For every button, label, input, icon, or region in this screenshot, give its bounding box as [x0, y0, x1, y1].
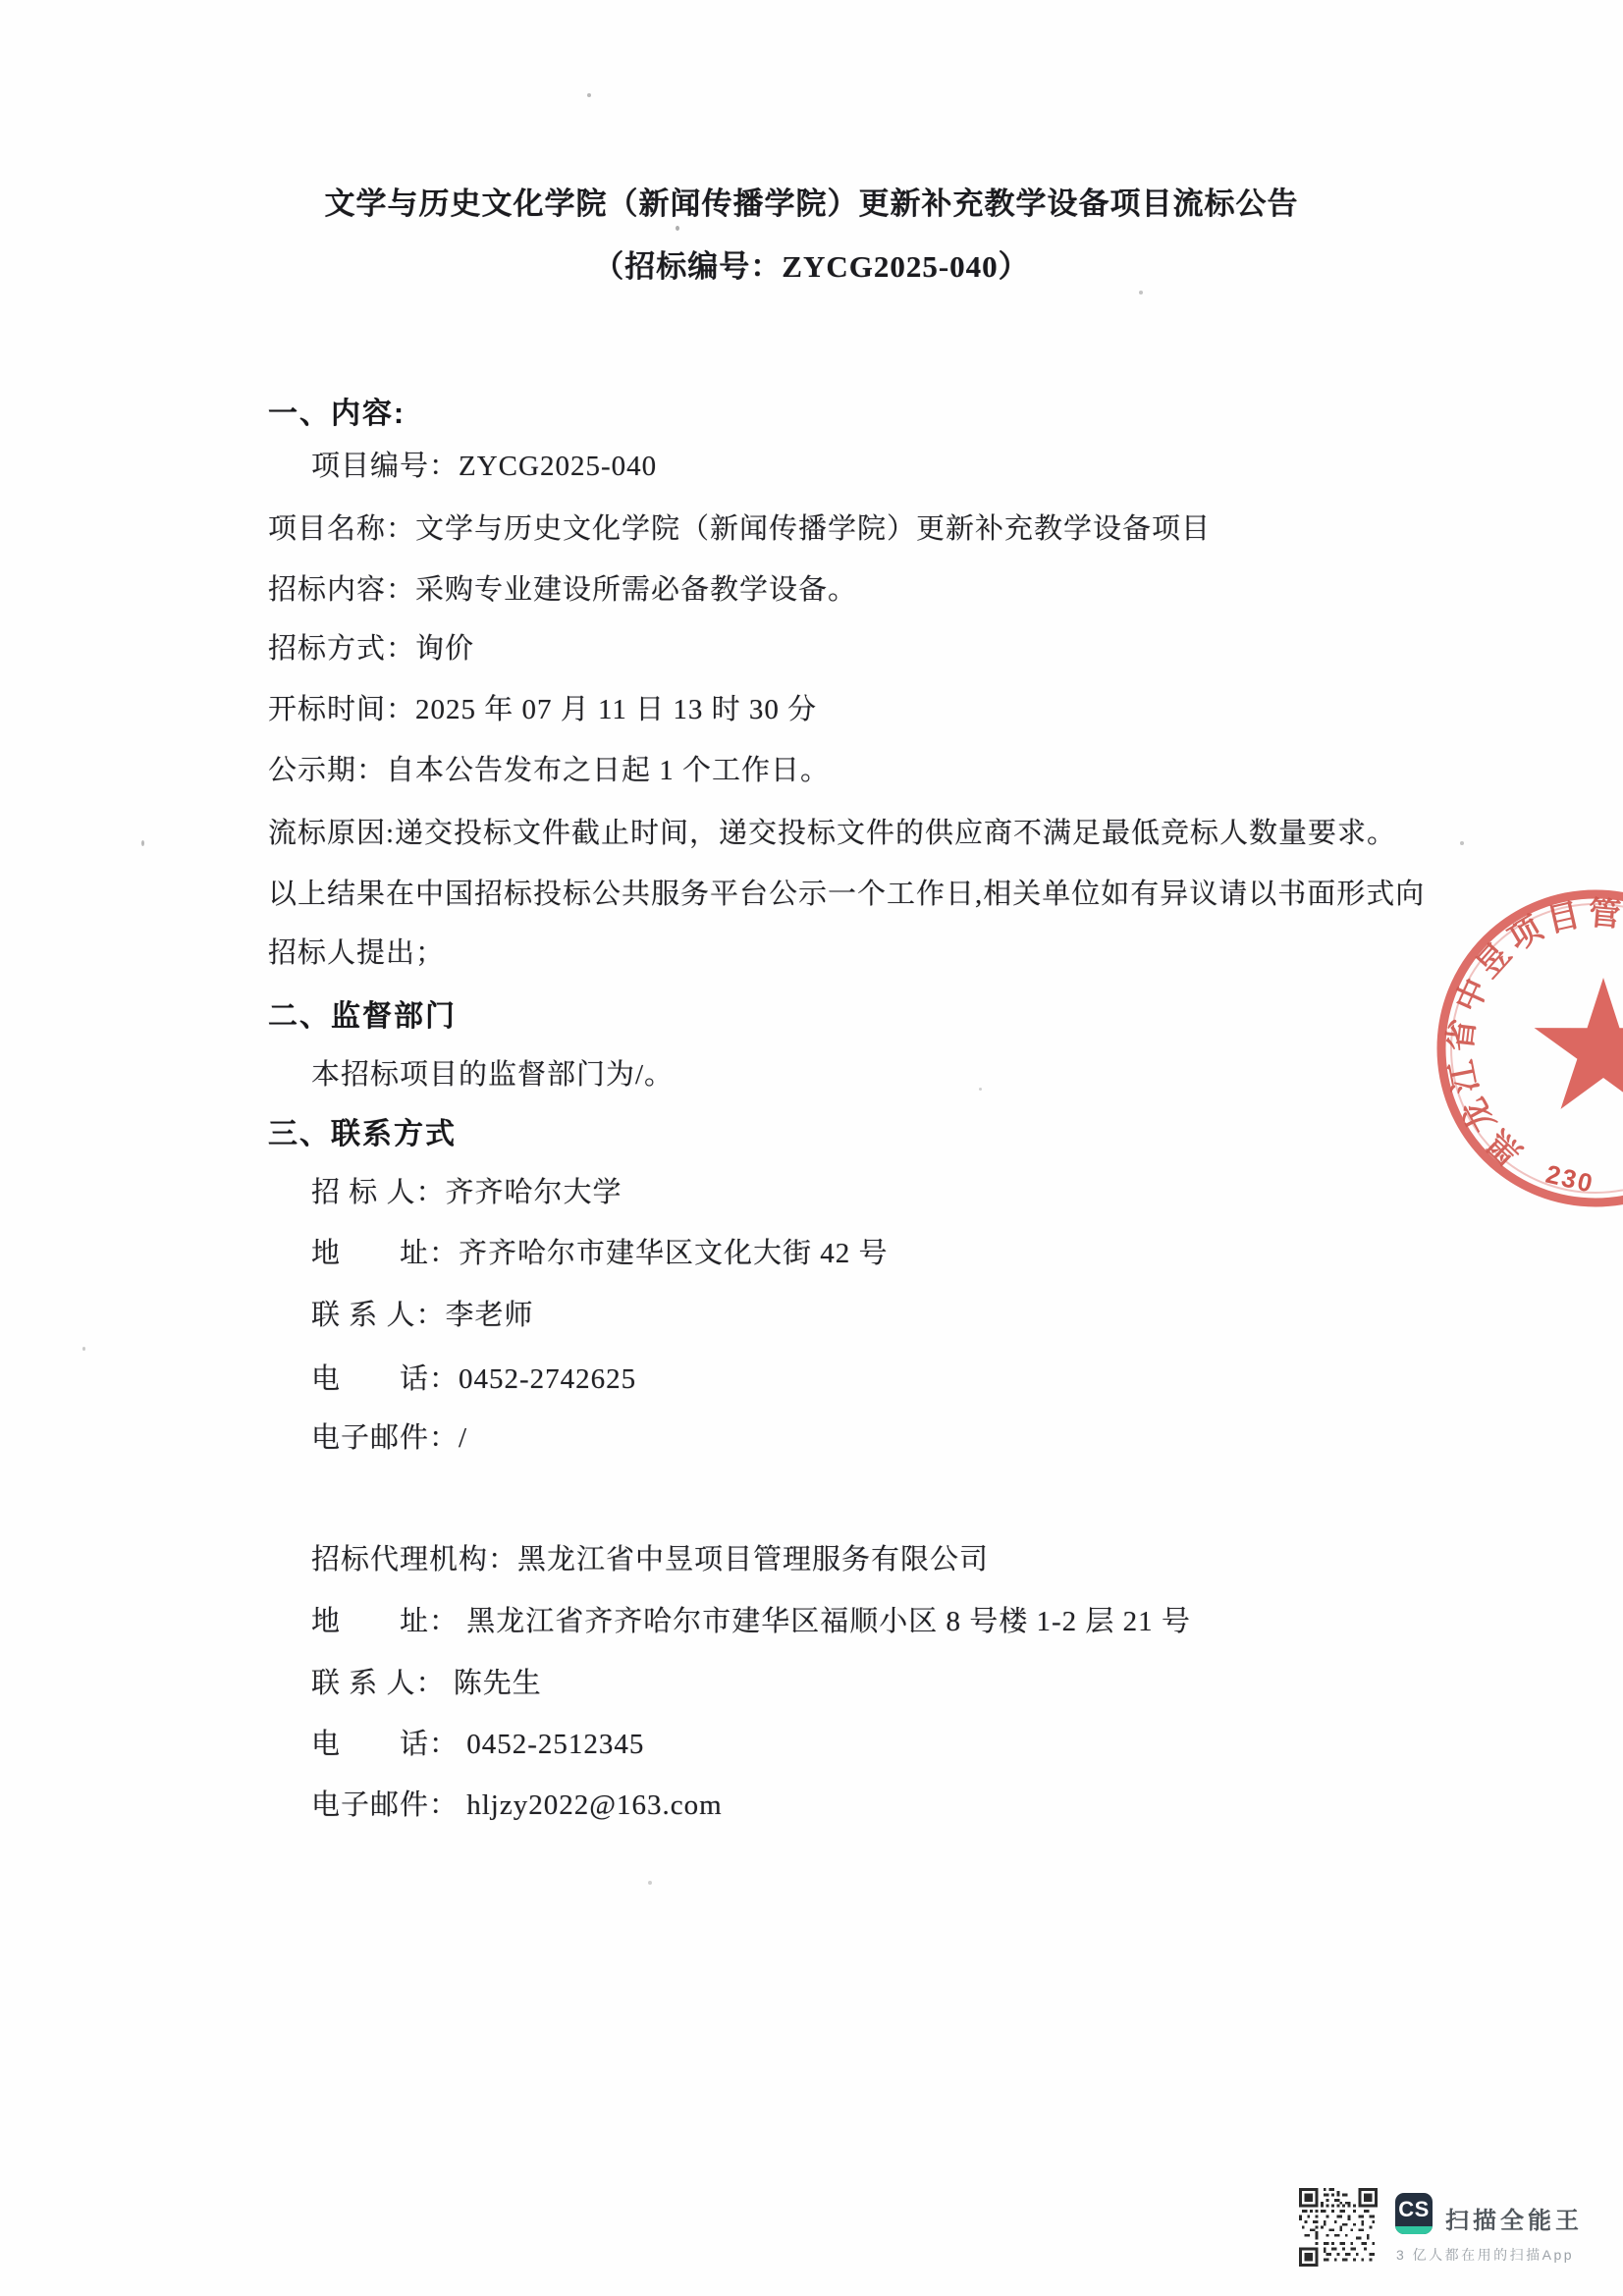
tenderer-contact-line: 联 系 人：李老师 — [311, 1293, 534, 1333]
document-title: 文学与历史文化学院（新闻传播学院）更新补充教学设备项目流标公告 — [0, 179, 1623, 223]
project-name-line: 项目名称：文学与历史文化学院（新闻传播学院）更新补充教学设备项目 — [268, 507, 1211, 547]
camscanner-logo: CS — [1395, 2193, 1433, 2234]
tenderer-address-line: 地 址：齐齐哈尔市建华区文化大街 42 号 — [311, 1231, 889, 1271]
tender-method-line: 招标方式：询价 — [268, 626, 474, 667]
scan-speck — [676, 226, 679, 231]
section2-heading: 二、监督部门 — [268, 991, 457, 1035]
scan-speck — [979, 1088, 982, 1091]
camscanner-logo-band — [1395, 2226, 1433, 2234]
tenderer-email-line: 电子邮件：/ — [311, 1415, 467, 1456]
bid-opening-time-line: 开标时间：2025 年 07 月 11 日 13 时 30 分 — [268, 687, 817, 727]
document-subtitle-tender-number: （招标编号：ZYCG2025-040） — [0, 241, 1623, 286]
section1-heading: 一、内容: — [268, 389, 406, 432]
result-note-line2: 招标人提出； — [268, 931, 445, 971]
scan-speck — [587, 93, 591, 97]
supervision-department-line: 本招标项目的监督部门为/。 — [311, 1052, 674, 1093]
agency-address-line: 地 址： 黑龙江省齐齐哈尔市建华区福顺小区 8 号楼 1-2 层 21 号 — [311, 1599, 1191, 1639]
red-company-seal: 黑龙江省中昱项目管理服务有限公司 230 — [1429, 881, 1623, 1215]
scanned-document-page: 文学与历史文化学院（新闻传播学院）更新补充教学设备项目流标公告 （招标编号：ZY… — [0, 0, 1623, 2296]
camscanner-app-name: 扫描全能王 — [1445, 2201, 1583, 2235]
tender-content-line: 招标内容：采购专业建设所需必备教学设备。 — [268, 567, 857, 608]
scan-speck — [1139, 291, 1143, 294]
agency-name-line: 招标代理机构：黑龙江省中昱项目管理服务有限公司 — [311, 1537, 989, 1577]
camscanner-tagline: 3 亿人都在用的扫描App — [1396, 2245, 1574, 2265]
scan-speck — [1460, 841, 1464, 845]
agency-contact-line: 联 系 人： 陈先生 — [311, 1661, 542, 1701]
publicity-period-line: 公示期：自本公告发布之日起 1 个工作日。 — [268, 748, 830, 788]
agency-email-line: 电子邮件： hljzy2022@163.com — [311, 1783, 723, 1823]
failed-bid-reason-line: 流标原因:递交投标文件截止时间，递交投标文件的供应商不满足最低竞标人数量要求。 — [268, 811, 1396, 851]
seal-star-icon — [1535, 978, 1623, 1109]
scan-speck — [648, 1881, 652, 1885]
agency-phone-line: 电 话： 0452-2512345 — [311, 1722, 644, 1762]
tenderer-name-line: 招 标 人：齐齐哈尔大学 — [311, 1170, 622, 1210]
section3-heading: 三、联系方式 — [268, 1109, 457, 1152]
camscanner-logo-text: CS — [1395, 2193, 1433, 2225]
scan-speck — [141, 840, 144, 846]
tenderer-phone-line: 电 话：0452-2742625 — [311, 1357, 636, 1397]
scan-speck — [82, 1347, 85, 1351]
project-number-line: 项目编号：ZYCG2025-040 — [311, 444, 657, 484]
result-note-line1: 以上结果在中国招标投标公共服务平台公示一个工作日,相关单位如有异议请以书面形式向 — [268, 872, 1425, 912]
qr-code — [1299, 2187, 1378, 2268]
